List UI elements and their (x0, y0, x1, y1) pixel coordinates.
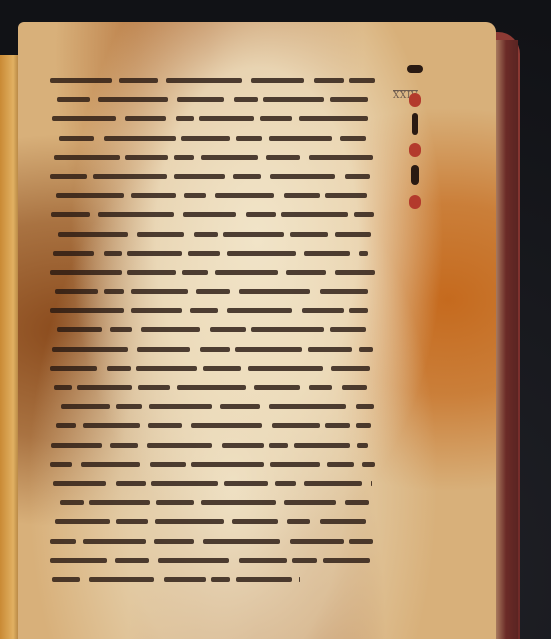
word-stroke (58, 232, 128, 237)
dot-cluster-icon (407, 65, 423, 73)
word-stroke (52, 347, 128, 352)
word-stroke (309, 385, 332, 390)
word-stroke (104, 251, 122, 256)
word-stroke (149, 404, 212, 409)
word-stroke (308, 347, 352, 352)
word-stroke (320, 519, 366, 524)
word-stroke (52, 577, 80, 582)
word-stroke (199, 116, 254, 121)
word-stroke (60, 500, 84, 505)
word-stroke (61, 404, 110, 409)
word-stroke (57, 327, 102, 332)
word-stroke (220, 404, 260, 409)
word-stroke (154, 539, 194, 544)
text-line (50, 435, 380, 454)
red-rubric-dot-icon (409, 93, 421, 107)
word-stroke (371, 481, 372, 486)
word-stroke (331, 366, 370, 371)
word-stroke (323, 558, 370, 563)
text-line (50, 473, 380, 492)
word-stroke (330, 327, 366, 332)
word-stroke (345, 500, 369, 505)
red-rubric-dot-icon (409, 195, 421, 209)
word-stroke (177, 97, 224, 102)
word-stroke (196, 289, 230, 294)
word-stroke (345, 174, 370, 179)
word-stroke (284, 193, 320, 198)
word-stroke (55, 519, 110, 524)
word-stroke (166, 78, 242, 83)
word-stroke (191, 423, 262, 428)
word-stroke (93, 174, 167, 179)
word-stroke (158, 558, 229, 563)
word-stroke (81, 462, 140, 467)
text-line (50, 262, 380, 281)
word-stroke (110, 443, 138, 448)
word-stroke (156, 500, 194, 505)
word-stroke (325, 423, 350, 428)
word-stroke (320, 289, 368, 294)
word-stroke (53, 251, 94, 256)
word-stroke (181, 136, 230, 141)
word-stroke (281, 212, 348, 217)
word-stroke (51, 443, 102, 448)
word-stroke (340, 136, 366, 141)
word-stroke (174, 155, 194, 160)
text-line (50, 224, 380, 243)
word-stroke (269, 404, 346, 409)
word-stroke (176, 116, 194, 121)
word-stroke (342, 385, 367, 390)
word-stroke (201, 155, 258, 160)
word-stroke (125, 155, 168, 160)
word-stroke (284, 500, 336, 505)
word-stroke (210, 327, 246, 332)
word-stroke (104, 289, 124, 294)
word-stroke (200, 347, 230, 352)
word-stroke (215, 193, 274, 198)
word-stroke (50, 462, 72, 467)
text-line (50, 300, 380, 319)
word-stroke (260, 116, 292, 121)
word-stroke (98, 97, 168, 102)
word-stroke (266, 155, 300, 160)
word-stroke (52, 116, 116, 121)
word-stroke (174, 174, 225, 179)
word-stroke (98, 212, 174, 217)
word-stroke (233, 174, 261, 179)
text-line (50, 166, 380, 185)
word-stroke (286, 270, 326, 275)
word-stroke (349, 78, 375, 83)
word-stroke (272, 423, 320, 428)
word-stroke (116, 404, 142, 409)
word-stroke (116, 519, 148, 524)
text-line (50, 358, 380, 377)
text-line (50, 377, 380, 396)
text-line (50, 147, 380, 166)
word-stroke (270, 174, 335, 179)
word-stroke (188, 251, 220, 256)
word-stroke (151, 481, 218, 486)
word-stroke (314, 78, 344, 83)
word-stroke (215, 270, 278, 275)
text-line (50, 492, 380, 511)
word-stroke (299, 577, 300, 582)
text-line (50, 204, 380, 223)
word-stroke (150, 462, 186, 467)
word-stroke (248, 366, 323, 371)
word-stroke (309, 155, 373, 160)
word-stroke (50, 539, 76, 544)
text-line (50, 454, 380, 473)
word-stroke (50, 78, 112, 83)
word-stroke (357, 443, 368, 448)
text-line (50, 511, 380, 530)
word-stroke (141, 327, 200, 332)
word-stroke (232, 519, 278, 524)
word-stroke (83, 539, 146, 544)
word-stroke (56, 423, 76, 428)
text-line (50, 569, 380, 588)
word-stroke (57, 97, 90, 102)
word-stroke (56, 193, 124, 198)
word-stroke (53, 481, 106, 486)
word-stroke (330, 97, 368, 102)
word-stroke (251, 327, 324, 332)
word-stroke (164, 577, 206, 582)
word-stroke (104, 136, 176, 141)
word-stroke (107, 366, 131, 371)
word-stroke (362, 462, 375, 467)
marginal-glyph-icon (412, 113, 418, 135)
word-stroke (224, 481, 268, 486)
word-stroke (290, 539, 344, 544)
word-stroke (302, 308, 344, 313)
text-line (50, 70, 380, 89)
word-stroke (254, 385, 300, 390)
word-stroke (263, 97, 324, 102)
word-stroke (236, 136, 262, 141)
word-stroke (190, 308, 218, 313)
word-stroke (177, 385, 246, 390)
word-stroke (136, 366, 197, 371)
word-stroke (125, 116, 166, 121)
word-stroke (246, 212, 276, 217)
text-line (50, 319, 380, 338)
word-stroke (110, 327, 132, 332)
word-stroke (325, 193, 367, 198)
word-stroke (335, 270, 375, 275)
text-line (50, 89, 380, 108)
word-stroke (127, 270, 176, 275)
word-stroke (131, 193, 176, 198)
word-stroke (50, 174, 87, 179)
word-stroke (137, 347, 190, 352)
text-line (50, 281, 380, 300)
word-stroke (275, 481, 296, 486)
word-stroke (287, 519, 310, 524)
word-stroke (50, 308, 124, 313)
word-stroke (223, 232, 284, 237)
word-stroke (155, 519, 224, 524)
word-stroke (50, 270, 122, 275)
word-stroke (294, 443, 350, 448)
marginal-rubrics (406, 65, 426, 250)
word-stroke (251, 78, 304, 83)
word-stroke (304, 481, 362, 486)
word-stroke (227, 251, 296, 256)
word-stroke (222, 443, 264, 448)
word-stroke (201, 500, 276, 505)
word-stroke (227, 308, 292, 313)
word-stroke (239, 289, 310, 294)
word-stroke (116, 481, 146, 486)
word-stroke (269, 443, 288, 448)
word-stroke (54, 155, 120, 160)
word-stroke (148, 423, 182, 428)
word-stroke (290, 232, 328, 237)
word-stroke (54, 385, 72, 390)
text-line (50, 128, 380, 147)
marginal-glyph-icon (411, 165, 419, 185)
word-stroke (327, 462, 354, 467)
word-stroke (89, 500, 150, 505)
text-line (50, 243, 380, 262)
word-stroke (359, 347, 373, 352)
word-stroke (194, 232, 218, 237)
word-stroke (292, 558, 317, 563)
word-stroke (50, 366, 97, 371)
word-stroke (131, 289, 188, 294)
word-stroke (119, 78, 158, 83)
text-line (50, 550, 380, 569)
word-stroke (89, 577, 154, 582)
word-stroke (239, 558, 287, 563)
word-stroke (191, 462, 264, 467)
text-line (50, 415, 380, 434)
word-stroke (359, 251, 368, 256)
word-stroke (349, 539, 373, 544)
red-rubric-dot-icon (409, 143, 421, 157)
text-line (50, 396, 380, 415)
word-stroke (299, 116, 368, 121)
word-stroke (51, 212, 90, 217)
word-stroke (184, 193, 206, 198)
word-stroke (235, 347, 302, 352)
word-stroke (234, 97, 258, 102)
word-stroke (356, 423, 371, 428)
word-stroke (269, 136, 332, 141)
word-stroke (55, 289, 98, 294)
word-stroke (59, 136, 94, 141)
word-stroke (183, 212, 236, 217)
word-stroke (182, 270, 208, 275)
word-stroke (83, 423, 140, 428)
word-stroke (354, 212, 374, 217)
word-stroke (236, 577, 292, 582)
word-stroke (203, 539, 280, 544)
word-stroke (335, 232, 371, 237)
word-stroke (77, 385, 132, 390)
word-stroke (304, 251, 350, 256)
word-stroke (137, 232, 184, 237)
word-stroke (203, 366, 241, 371)
word-stroke (138, 385, 170, 390)
word-stroke (270, 462, 320, 467)
word-stroke (115, 558, 149, 563)
text-line (50, 108, 380, 127)
word-stroke (356, 404, 374, 409)
word-stroke (50, 558, 107, 563)
word-stroke (349, 308, 368, 313)
text-line (50, 185, 380, 204)
word-stroke (147, 443, 212, 448)
text-line (50, 339, 380, 358)
word-stroke (131, 308, 182, 313)
word-stroke (127, 251, 182, 256)
syriac-text-block (50, 70, 380, 588)
text-line (50, 531, 380, 550)
word-stroke (211, 577, 230, 582)
